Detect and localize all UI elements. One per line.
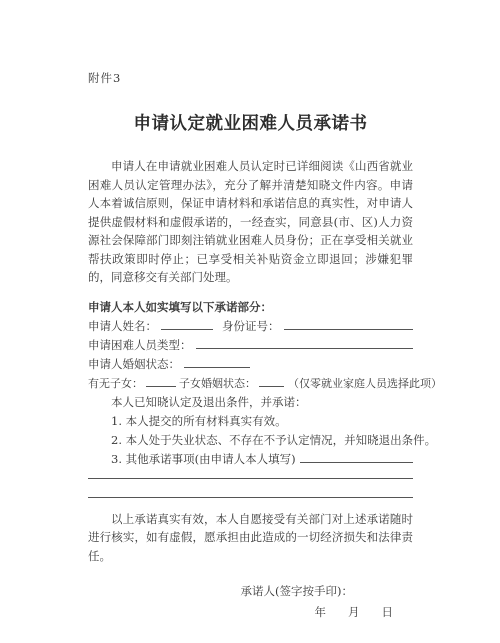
date-month-label: 月 (348, 603, 360, 621)
children-label: 有无子女： (88, 374, 143, 393)
marital-status-blank-line (184, 355, 250, 368)
acknowledge-text: 本人已知晓认定及退出条件，并承诺： (111, 393, 307, 412)
difficulty-type-blank-line (196, 336, 414, 349)
applicant-name-row: 申请人姓名： 身份证号： (88, 317, 413, 336)
children-note: （仅零就业家庭人员选择此项） (288, 374, 442, 393)
promise-1-text: 1. 本人提交的所有材料真实有效。 (111, 412, 287, 431)
applicant-name-blank-line (161, 317, 213, 330)
promise-item-3: 3. 其他承诺事项(由申请人本人填写) (88, 450, 413, 469)
promise-item-2: 2. 本人处于失业状态、不存在不予认定情况，并知晓退出条件。 (88, 431, 413, 450)
children-blank-line (146, 374, 176, 387)
promise-item-1: 1. 本人提交的所有材料真实有效。 (88, 412, 413, 431)
document-title: 申请认定就业困难人员承诺书 (88, 112, 413, 136)
intro-paragraph: 申请人在申请就业困难人员认定时已详细阅读《山西省就业困难人员认定管理办法》，充分… (88, 157, 413, 287)
children-marital-label: 子女婚姻状态： (179, 374, 256, 393)
difficulty-type-label: 申请困难人员类型： (88, 336, 192, 355)
date-day-label: 日 (382, 603, 394, 621)
signature-label: 承诺人(签字按手印)： (88, 582, 413, 600)
date-line: 年 月 日 (88, 603, 413, 621)
write-in-rule-line-1 (88, 478, 413, 479)
applicant-name-label: 申请人姓名： (88, 317, 157, 336)
promise-3-text: 3. 其他承诺事项(由申请人本人填写) (111, 450, 296, 469)
children-row: 有无子女： 子女婚姻状态： （仅零就业家庭人员选择此项） (88, 374, 413, 393)
closing-paragraph: 以上承诺真实有效，本人自愿接受有关部门对上述承诺随时进行核实，如有虚假，愿承担由… (88, 510, 413, 566)
document-page: 附件3 申请认定就业困难人员承诺书 申请人在申请就业困难人员认定时已详细阅读《山… (0, 0, 500, 643)
acknowledge-line: 本人已知晓认定及退出条件，并承诺： (88, 393, 413, 412)
section-header: 申请人本人如实填写以下承诺部分： (88, 298, 413, 317)
date-year-label: 年 (315, 603, 327, 621)
promise-2-text: 2. 本人处于失业状态、不存在不予认定情况，并知晓退出条件。 (111, 431, 436, 450)
id-number-blank-line (284, 317, 414, 330)
other-promise-blank-line (300, 450, 413, 463)
id-number-label: 身份证号： (222, 317, 280, 336)
difficulty-type-row: 申请困难人员类型： (88, 336, 413, 355)
children-marital-blank-line (259, 374, 284, 387)
marital-status-label: 申请人婚姻状态： (88, 355, 180, 374)
attachment-label: 附件3 (88, 71, 413, 85)
write-in-rule-line-2 (88, 497, 413, 498)
marital-status-row: 申请人婚姻状态： (88, 355, 413, 374)
